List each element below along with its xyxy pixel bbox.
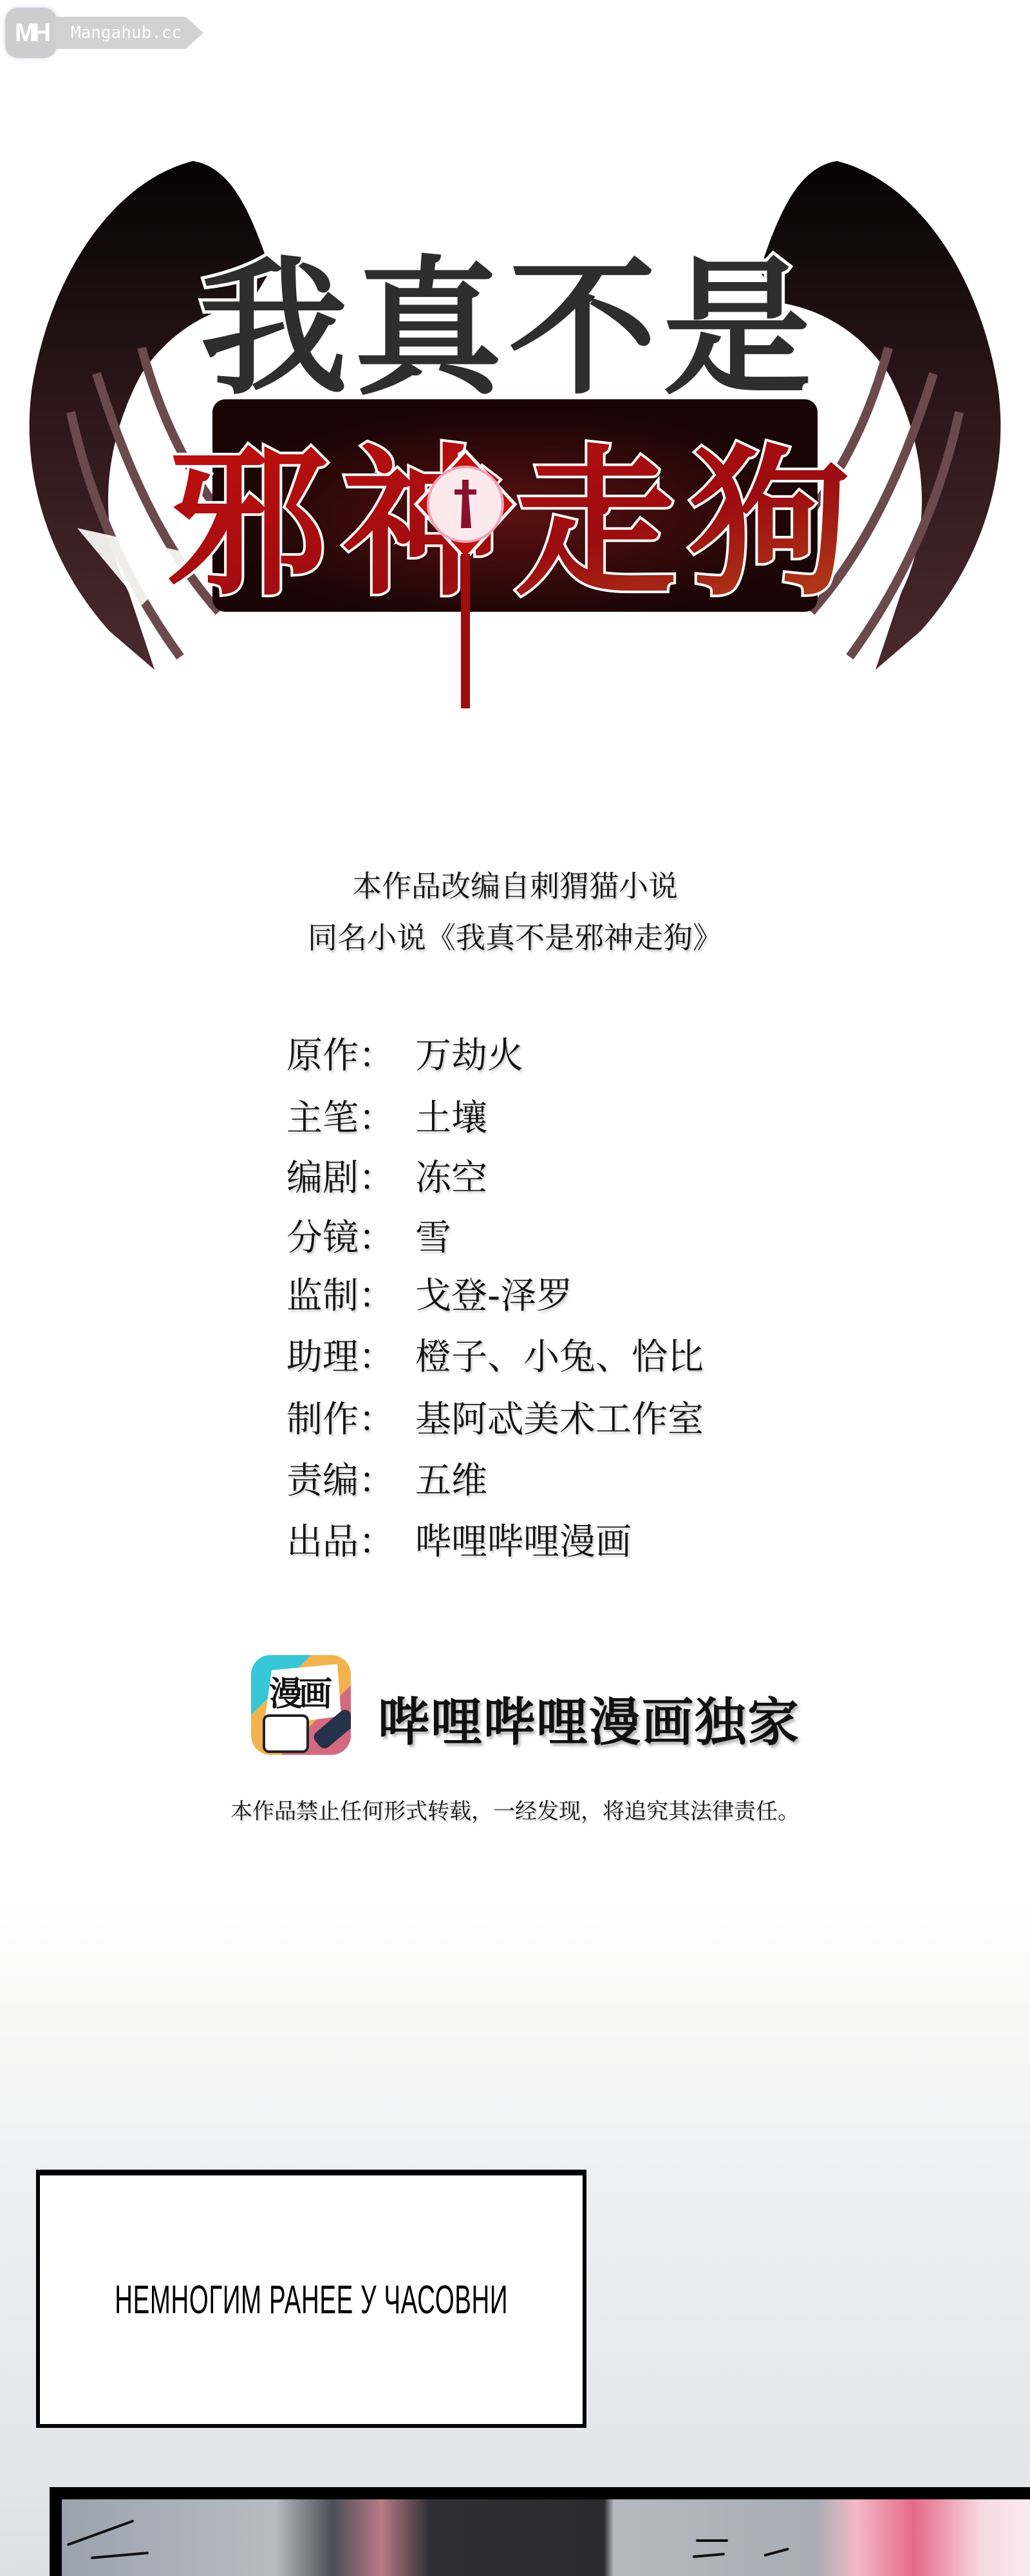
logo-line1: 我真不是	[200, 243, 818, 415]
credit-role: 原作：	[286, 1034, 415, 1079]
credit-row: 助理：橙子、小兔、恰比	[286, 1335, 704, 1380]
watermark-logo-icon: MH	[5, 8, 57, 58]
app-icon-label: 漫画	[269, 1667, 328, 1715]
watermark-site-label: Mangahub.cc	[55, 17, 203, 49]
credit-name: 五维	[415, 1459, 487, 1504]
credit-row: 编剧：冻空	[286, 1156, 487, 1201]
credit-name: 土壤	[415, 1096, 487, 1141]
title-logo: 我真不是 邪神走狗	[0, 142, 1030, 760]
credit-row: 出品：哔哩哔哩漫画	[286, 1520, 632, 1565]
watermark: MH Mangahub.cc	[4, 8, 216, 58]
comic-panel	[50, 2487, 1030, 2576]
comic-panel-art	[62, 2499, 1030, 2576]
credit-name: 戈登-泽罗	[415, 1274, 572, 1319]
credit-role: 助理：	[286, 1335, 415, 1380]
caption-text: НЕМНОГИМ РАНЕЕ У ЧАСОВНИ	[115, 2277, 508, 2323]
credit-row: 原作：万劫火	[286, 1034, 523, 1079]
credit-name: 橙子、小兔、恰比	[415, 1335, 704, 1380]
credit-role: 制作：	[286, 1397, 415, 1443]
credit-name: 基阿忒美术工作室	[415, 1397, 704, 1443]
exclusive-label: 哔哩哔哩漫画独家	[378, 1681, 800, 1755]
credit-row: 责编：五维	[286, 1459, 487, 1504]
credit-name: 哔哩哔哩漫画	[415, 1520, 632, 1565]
caption-box: НЕМНОГИМ РАНЕЕ У ЧАСОВНИ	[36, 2170, 586, 2428]
credit-role: 监制：	[286, 1274, 415, 1319]
credit-role: 出品：	[286, 1520, 415, 1565]
novel-title-note: 同名小说《我真不是邪神走狗》	[0, 914, 1030, 957]
credit-name: 雪	[415, 1216, 451, 1261]
credit-name: 冻空	[415, 1156, 487, 1201]
credit-row: 分镜：雪	[286, 1216, 451, 1261]
credit-row: 监制：戈登-泽罗	[286, 1274, 572, 1319]
bilibili-comics-app-icon: 漫画	[251, 1655, 351, 1755]
credit-role: 主笔：	[286, 1096, 415, 1141]
credit-role: 分镜：	[286, 1216, 415, 1261]
credit-role: 编剧：	[286, 1156, 415, 1201]
logo-line2: 邪神走狗	[167, 430, 863, 618]
tv-mascot-icon	[263, 1714, 309, 1753]
copyright-notice: 本作品禁止任何形式转载，一经发现，将追究其法律责任。	[0, 1794, 1030, 1825]
credit-role: 责编：	[286, 1459, 415, 1504]
credit-row: 制作：基阿忒美术工作室	[286, 1397, 704, 1443]
credit-name: 万劫火	[415, 1034, 523, 1079]
credit-row: 主笔：土壤	[286, 1096, 487, 1141]
adaptation-note: 本作品改编自刺猬猫小说	[0, 863, 1030, 905]
